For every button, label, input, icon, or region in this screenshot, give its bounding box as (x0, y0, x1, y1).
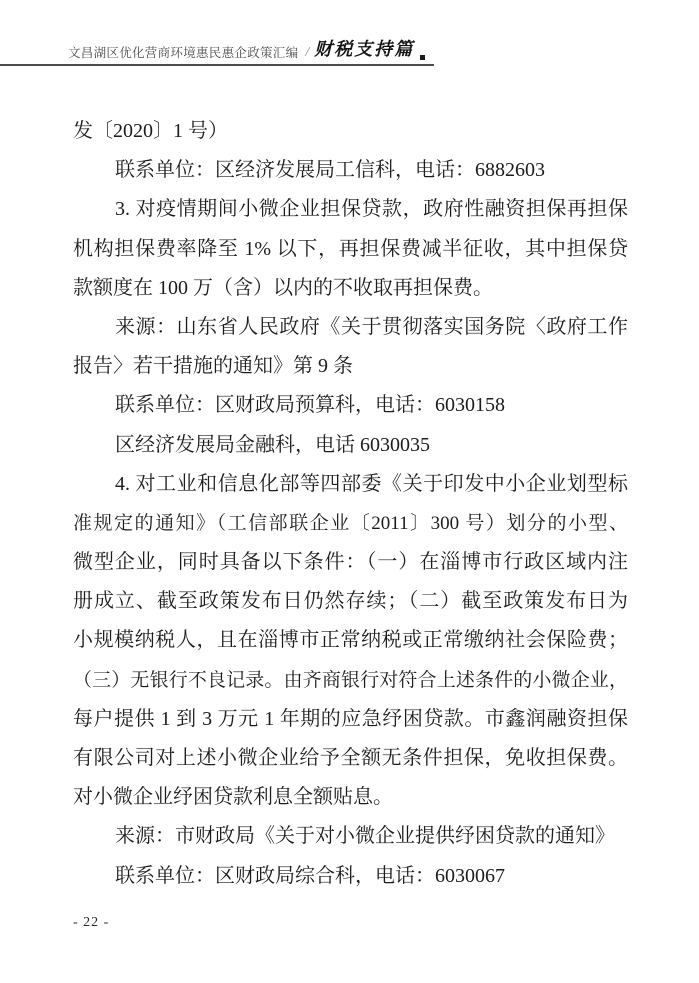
body-line: 每户提供 1 到 3 万元 1 年期的应急纾困贷款。市鑫润融资担保 (73, 700, 628, 739)
body-line: （三）无银行不良记录。由齐商银行对符合上述条件的小微企业， (73, 661, 628, 700)
booklet-title: 文昌湖区优化营商环境惠民惠企政策汇编 (68, 43, 298, 61)
body-line: 册成立、截至政策发布日仍然存续；（二）截至政策发布日为 (73, 582, 628, 621)
body-line: 有限公司对上述小微企业给予全额无条件担保，免收担保费。 (73, 739, 628, 778)
page-number: - 22 - (73, 915, 109, 931)
body-line: 小规模纳税人，且在淄博市正常纳税或正常缴纳社会保险费； (73, 621, 628, 660)
body-line: 发〔2020〕1 号） (73, 112, 628, 151)
header-separator-slash: / (305, 45, 309, 61)
body-line: 款额度在 100 万（含）以内的不收取再担保费。 (73, 269, 628, 308)
body-line: 联系单位：区经济发展局工信科，电话：6882603 (73, 151, 628, 190)
document-page: 文昌湖区优化营商环境惠民惠企政策汇编 / 财税支持篇 发〔2020〕1 号） 联… (0, 0, 699, 983)
body-line: 来源：市财政局《关于对小微企业提供纾困贷款的通知》 (73, 817, 628, 856)
body-line: 联系单位：区财政局预算科，电话：6030158 (73, 386, 628, 425)
body-line: 准规定的通知》（工信部联企业〔2011〕300 号）划分的小型、 (73, 504, 628, 543)
body-line: 来源：山东省人民政府《关于贯彻落实国务院〈政府工作 (73, 308, 628, 347)
body-line: 机构担保费率降至 1% 以下，再担保费减半征收，其中担保贷 (73, 230, 628, 269)
body-line: 报告〉若干措施的通知》第 9 条 (73, 347, 628, 386)
body-line: 区经济发展局金融科，电话 6030035 (73, 426, 628, 465)
page-header: 文昌湖区优化营商环境惠民惠企政策汇编 / 财税支持篇 (0, 0, 434, 66)
body-line: 3. 对疫情期间小微企业担保贷款，政府性融资担保再担保 (73, 190, 628, 229)
body-line: 联系单位：区财政局综合科，电话：6030067 (73, 857, 628, 896)
section-title: 财税支持篇 (314, 35, 414, 61)
body-line: 对小微企业纾困贷款利息全额贴息。 (73, 778, 628, 817)
header-dot-mark (420, 55, 425, 60)
body-line: 微型企业，同时具备以下条件：（一）在淄博市行政区域内注 (73, 543, 628, 582)
document-body: 发〔2020〕1 号） 联系单位：区经济发展局工信科，电话：6882603 3.… (73, 112, 628, 896)
body-line: 4. 对工业和信息化部等四部委《关于印发中小企业划型标 (73, 465, 628, 504)
